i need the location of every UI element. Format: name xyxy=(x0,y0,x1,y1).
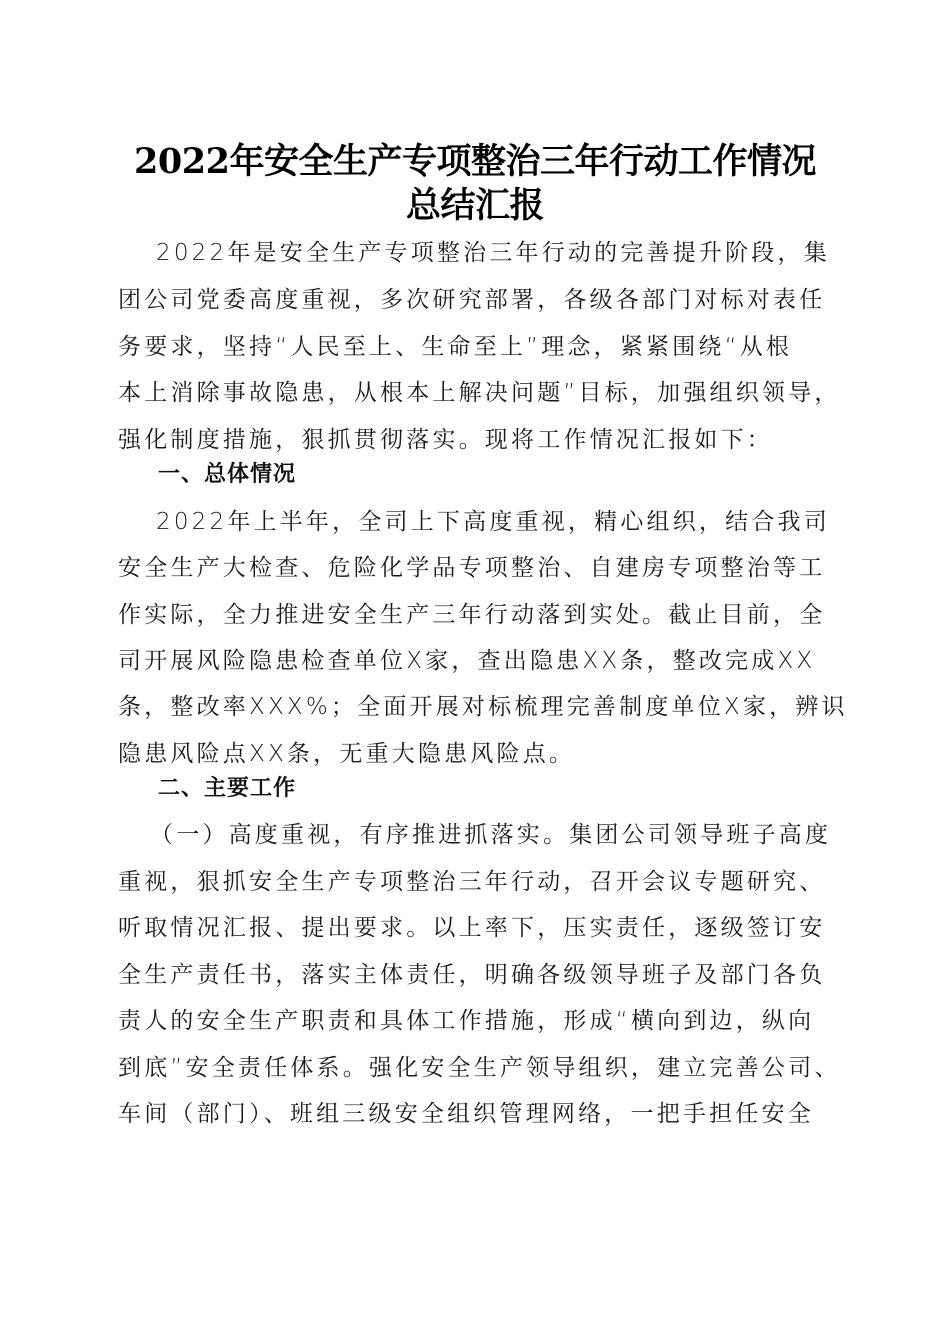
intro-paragraph-line: 团公司党委高度重视，多次研究部署，各级各部门对标对表任 xyxy=(118,285,838,315)
section-heading-overview: 一、总体情况 xyxy=(158,460,296,490)
section1-paragraph-line: 司开展风险隐患检查单位X家，查出隐患XX条，整改完成XX xyxy=(118,646,838,676)
section-heading-main-work: 二、主要工作 xyxy=(158,774,296,804)
intro-paragraph-line: 强化制度措施，狠抓贯彻落实。现将工作情况汇报如下： xyxy=(118,425,838,455)
intro-paragraph-line: 本上消除事故隐患，从根本上解决问题”目标，加强组织领导， xyxy=(118,378,838,408)
section1-paragraph-line: 2022年上半年，全司上下高度重视，精心组织，结合我司 xyxy=(156,507,876,537)
section1-paragraph-line: 隐患风险点XX条，无重大隐患风险点。 xyxy=(118,739,838,769)
section2-paragraph-line: 重视，狠抓安全生产专项整治三年行动，召开会议专题研究、 xyxy=(118,867,838,897)
document-title-line-1: 2022年安全生产专项整治三年行动工作情况 xyxy=(0,140,950,184)
section1-paragraph-line: 安全生产大检查、危险化学品专项整治、自建房专项整治等工 xyxy=(118,553,838,583)
section1-paragraph-line: 作实际，全力推进安全生产三年行动落到实处。截止目前，全 xyxy=(118,600,838,630)
section2-paragraph-line: （一）高度重视，有序推进抓落实。集团公司领导班子高度 xyxy=(150,820,870,850)
section2-paragraph-line: 到底”安全责任体系。强化安全生产领导组织，建立完善公司、 xyxy=(118,1053,838,1083)
document-title-line-2: 总结汇报 xyxy=(0,184,950,228)
section2-paragraph-line: 责人的安全生产职责和具体工作措施，形成“横向到边，纵向 xyxy=(118,1006,838,1036)
intro-paragraph-line: 2022年是安全生产专项整治三年行动的完善提升阶段，集 xyxy=(156,238,876,268)
intro-paragraph-line: 务要求，坚持“人民至上、生命至上”理念，紧紧围绕“从根 xyxy=(118,332,838,362)
section2-paragraph-line: 全生产责任书，落实主体责任，明确各级领导班子及部门各负 xyxy=(118,960,838,990)
section1-paragraph-line: 条，整改率XXX%；全面开展对标梳理完善制度单位X家，辨识 xyxy=(118,692,838,722)
section2-paragraph-line: 车间（部门）、班组三级安全组织管理网络，一把手担任安全 xyxy=(118,1099,838,1129)
document-page: 2022年安全生产专项整治三年行动工作情况 总结汇报 2022年是安全生产专项整… xyxy=(0,0,950,1344)
section2-paragraph-line: 听取情况汇报、提出要求。以上率下，压实责任，逐级签订安 xyxy=(118,913,838,943)
